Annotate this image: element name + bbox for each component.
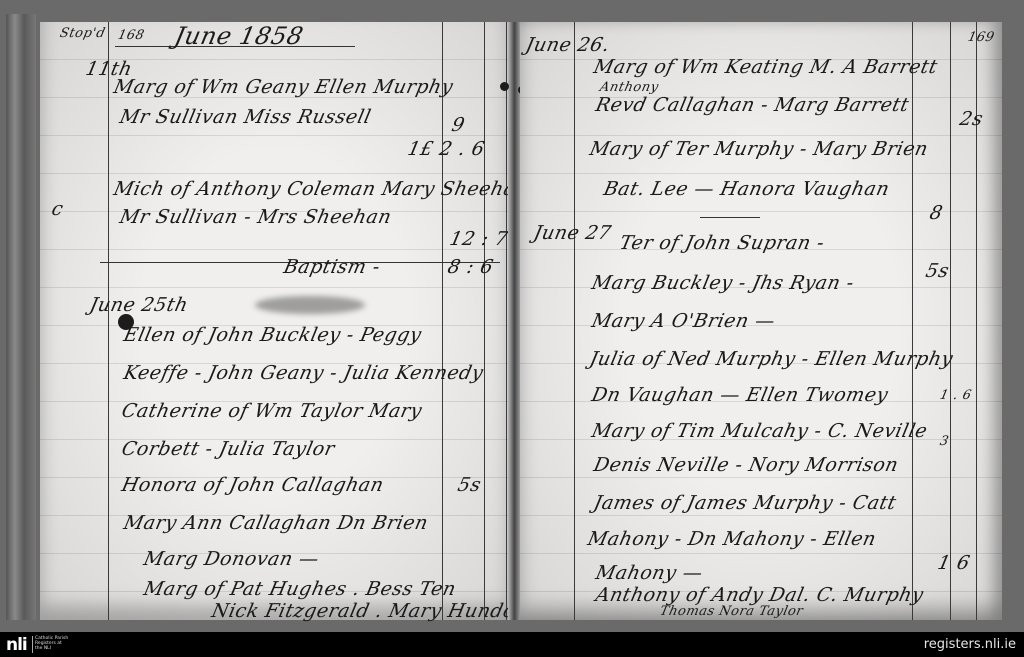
entry-fee: 8 xyxy=(928,202,945,224)
entry-line: Thomas Nora Taylor xyxy=(658,604,804,619)
entry-fee-total: 1£ 2 . 6 xyxy=(406,138,487,160)
column-rule xyxy=(108,22,109,620)
entry-line: James of James Murphy - Catt xyxy=(592,492,899,514)
column-rule xyxy=(912,22,913,620)
page-number: 168 xyxy=(116,28,146,43)
ink-blot xyxy=(500,82,509,91)
entry-fee: 9 xyxy=(450,114,467,136)
entry-line: Denis Neville - Nory Morrison xyxy=(592,454,901,476)
entry-line: Mahony - Dn Mahony - Ellen xyxy=(586,528,879,550)
logo-caption: Catholic Parish Registers at the NLI xyxy=(35,636,75,651)
entry-day: June 27 xyxy=(532,222,614,244)
entry-fee: 8 : 6 xyxy=(446,256,496,278)
margin-note: Stop'd xyxy=(58,26,106,41)
entry-line: Mary of Ter Murphy - Mary Brien xyxy=(588,138,931,160)
entry-line: Bat. Lee — Hanora Vaughan xyxy=(602,178,892,200)
column-rule xyxy=(442,22,443,620)
entry-day: June 26. xyxy=(524,34,612,56)
entry-line: Mary A O'Brien — xyxy=(590,310,778,332)
logo-divider xyxy=(32,636,33,653)
right-page: 169 June 26. Marg of Wm Keating M. A Bar… xyxy=(520,22,1002,620)
entry-line: Marg of Wm Keating M. A Barrett xyxy=(592,56,940,78)
entry-line: Mich of Anthony Coleman Mary Sheehan xyxy=(112,178,531,200)
entry-fee: 2s xyxy=(958,108,986,130)
entry-line: Honora of John Callaghan xyxy=(120,474,386,496)
entry-line: Dn Vaughan — Ellen Twomey xyxy=(590,384,891,406)
entry-line: Marg of Pat Hughes . Bess Ten xyxy=(142,578,458,600)
entry-line: Mary Ann Callaghan Dn Brien xyxy=(122,512,431,534)
column-rule xyxy=(574,22,575,620)
entry-fee: 12 : 7 xyxy=(448,228,510,250)
page-heading: June 1858 xyxy=(172,22,306,50)
page-number: 169 xyxy=(966,30,996,45)
column-rule xyxy=(950,22,951,620)
entry-line: Julia of Ned Murphy - Ellen Murphy xyxy=(588,348,956,370)
nli-logo[interactable]: nli xyxy=(6,635,27,655)
site-url-link[interactable]: registers.nli.ie xyxy=(924,637,1016,652)
entry-line: Mr Sullivan Miss Russell xyxy=(118,106,374,128)
left-page: Stop'd 168 June 1858 11th Marg of Wm Gea… xyxy=(40,22,510,620)
entry-line: Keeffe - John Geany - Julia Kennedy xyxy=(122,362,486,384)
entry-line: Anthony of Andy Dal. C. Murphy xyxy=(594,584,926,606)
entry-fee: 1 6 xyxy=(936,552,972,574)
entry-line: Catherine of Wm Taylor Mary xyxy=(120,400,424,422)
entry-line: Nick Fitzgerald . Mary Hundon xyxy=(210,600,531,622)
entry-line: Marg Donovan — xyxy=(142,548,321,570)
column-rule xyxy=(506,22,507,620)
entry-line: Mahony — xyxy=(594,562,705,584)
entry-fee: 5s xyxy=(924,260,952,282)
entry-line: Baptism - xyxy=(282,256,383,278)
entry-line: Ter of John Supran - xyxy=(618,232,827,254)
entry-line: Mr Sullivan - Mrs Sheehan xyxy=(118,206,394,228)
entry-day: June 25th xyxy=(88,294,191,316)
entry-fee: 3 xyxy=(938,434,950,449)
entry-fee: 5s xyxy=(456,474,484,496)
entry-line: Marg Buckley - Jhs Ryan - xyxy=(590,272,857,294)
entry-line: Mary of Tim Mulcahy - C. Neville xyxy=(590,420,930,442)
entry-line: Marg of Wm Geany Ellen Murphy xyxy=(112,76,456,98)
entry-line: Anthony xyxy=(598,80,660,95)
entry-line: Corbett - Julia Taylor xyxy=(120,438,337,460)
register-scan-image[interactable]: Stop'd 168 June 1858 11th Marg of Wm Gea… xyxy=(0,0,1024,632)
logo-caption-line: the NLI xyxy=(35,646,75,651)
ink-smudge xyxy=(255,296,365,314)
entry-divider xyxy=(700,217,760,218)
entry-line: Revd Callaghan - Marg Barrett xyxy=(594,94,912,116)
book-binding xyxy=(6,14,36,620)
entry-fee: 1 . 6 xyxy=(938,388,973,403)
margin-mark: c xyxy=(50,198,66,220)
entry-line: Ellen of John Buckley - Peggy xyxy=(122,324,424,346)
column-rule xyxy=(484,22,485,620)
viewer-footer: nli Catholic Parish Registers at the NLI… xyxy=(0,632,1024,657)
